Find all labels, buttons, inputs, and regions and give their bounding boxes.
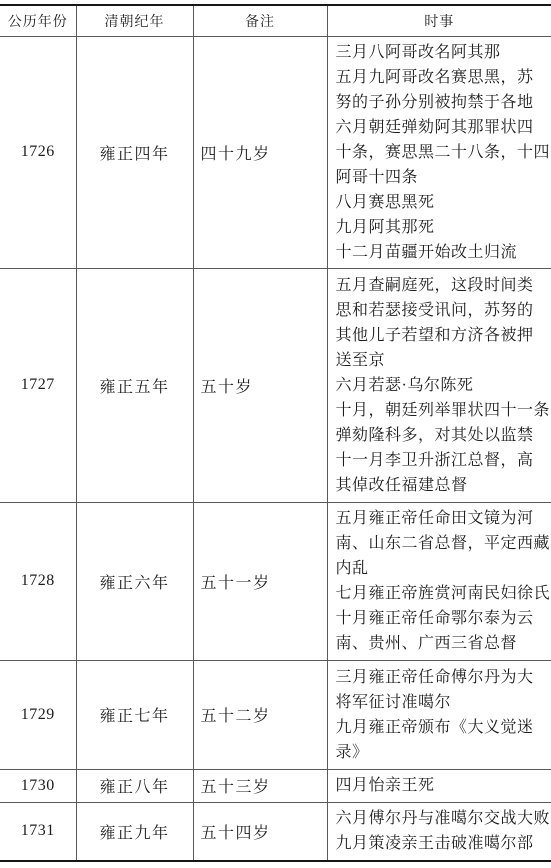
cell-events: 三月雍正帝任命傅尔丹为大 将军征讨准噶尔 九月雍正帝颁布《大义觉迷 录》 bbox=[327, 660, 551, 769]
cell-year: 1731 bbox=[0, 802, 76, 861]
table-row: 1727 雍正五年 五十岁 五月查嗣庭死，这段时间类 思和若瑟接受讯问，苏努的 … bbox=[0, 268, 551, 502]
table-row: 1730 雍正八年 五十三岁 四月怡亲王死 bbox=[0, 769, 551, 802]
cell-events: 五月雍正帝任命田文镜为河 南、山东二省总督，平定西藏 内乱 七月雍正帝旌赏河南民… bbox=[327, 502, 551, 660]
table-row: 1726 雍正四年 四十九岁 三月八阿哥改名阿其那 五月九阿哥改名赛思黑，苏 努… bbox=[0, 36, 551, 268]
cell-era: 雍正六年 bbox=[76, 502, 193, 660]
table-row: 1728 雍正六年 五十一岁 五月雍正帝任命田文镜为河 南、山东二省总督，平定西… bbox=[0, 502, 551, 660]
column-header-remarks: 备注 bbox=[193, 5, 327, 36]
cell-era: 雍正九年 bbox=[76, 802, 193, 861]
table-row: 1731 雍正九年 五十四岁 六月傅尔丹与准噶尔交战大败 九月策凌亲王击破准噶尔… bbox=[0, 802, 551, 861]
cell-events: 三月八阿哥改名阿其那 五月九阿哥改名赛思黑，苏 努的子孙分别被拘禁于各地 六月朝… bbox=[327, 36, 551, 268]
cell-era: 雍正四年 bbox=[76, 36, 193, 268]
cell-era: 雍正八年 bbox=[76, 769, 193, 802]
cell-year: 1726 bbox=[0, 36, 76, 268]
column-header-qing-era: 清朝纪年 bbox=[76, 5, 193, 36]
cell-era: 雍正七年 bbox=[76, 660, 193, 769]
cell-age: 五十四岁 bbox=[193, 802, 327, 861]
book-page: 公历年份 清朝纪年 备注 时事 1726 雍正四年 四十九岁 三月八阿哥改名阿其… bbox=[0, 0, 551, 868]
cell-events: 五月查嗣庭死，这段时间类 思和若瑟接受讯问，苏努的 其他儿子若望和方济各被押 送… bbox=[327, 268, 551, 502]
table-row: 1729 雍正七年 五十二岁 三月雍正帝任命傅尔丹为大 将军征讨准噶尔 九月雍正… bbox=[0, 660, 551, 769]
cell-year: 1727 bbox=[0, 268, 76, 502]
cell-age: 四十九岁 bbox=[193, 36, 327, 268]
column-header-events: 时事 bbox=[327, 5, 551, 36]
cell-age: 五十一岁 bbox=[193, 502, 327, 660]
cell-age: 五十二岁 bbox=[193, 660, 327, 769]
cell-era: 雍正五年 bbox=[76, 268, 193, 502]
chronology-table: 公历年份 清朝纪年 备注 时事 1726 雍正四年 四十九岁 三月八阿哥改名阿其… bbox=[0, 4, 551, 862]
cell-year: 1730 bbox=[0, 769, 76, 802]
cell-events: 四月怡亲王死 bbox=[327, 769, 551, 802]
cell-events: 六月傅尔丹与准噶尔交战大败 九月策凌亲王击破准噶尔部 bbox=[327, 802, 551, 861]
cell-year: 1728 bbox=[0, 502, 76, 660]
header-row: 公历年份 清朝纪年 备注 时事 bbox=[0, 5, 551, 36]
cell-age: 五十三岁 bbox=[193, 769, 327, 802]
cell-year: 1729 bbox=[0, 660, 76, 769]
cell-age: 五十岁 bbox=[193, 268, 327, 502]
column-header-gregorian-year: 公历年份 bbox=[0, 5, 76, 36]
